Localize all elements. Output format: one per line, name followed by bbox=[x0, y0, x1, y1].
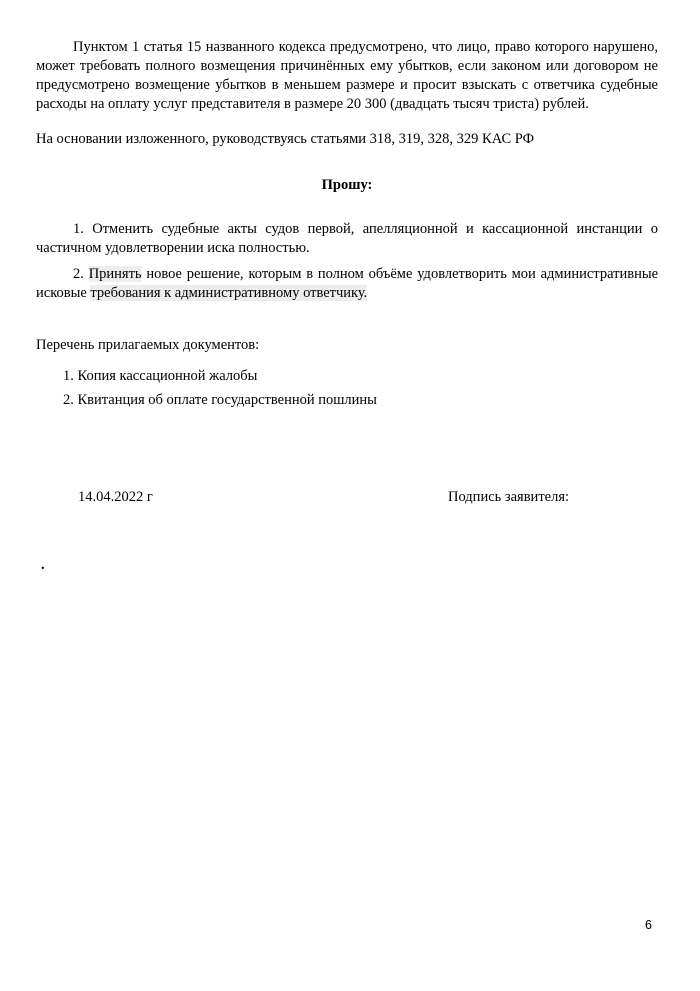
page-number: 6 bbox=[645, 917, 652, 933]
attachments-heading: Перечень прилагаемых документов: bbox=[36, 336, 658, 355]
document-date: 14.04.2022 г bbox=[78, 488, 153, 507]
signature-label: Подпись заявителя: bbox=[448, 488, 569, 507]
attachment-item-1: 1. Копия кассационной жалобы bbox=[36, 367, 658, 386]
request-item-2-highlighted-word: Принять bbox=[89, 266, 142, 282]
paragraph-legal-grounds: На основании изложенного, руководствуясь… bbox=[36, 130, 658, 149]
date-signature-row: 14.04.2022 г Подпись заявителя: bbox=[36, 488, 658, 507]
paragraph-law-basis: Пунктом 1 статья 15 названного кодекса п… bbox=[36, 38, 658, 114]
request-item-1: 1. Отменить судебные акты судов первой, … bbox=[36, 220, 658, 258]
request-item-2: 2. Принять новое решение, которым в полн… bbox=[36, 265, 658, 303]
request-item-2-prefix: 2. bbox=[73, 266, 89, 282]
document-page: Пунктом 1 статья 15 названного кодекса п… bbox=[0, 0, 700, 991]
stray-period-mark: . bbox=[41, 556, 45, 575]
request-item-2-highlighted-phrase: требования к административному ответчику… bbox=[90, 285, 367, 301]
attachment-item-2: 2. Квитанция об оплате государственной п… bbox=[36, 391, 658, 410]
request-heading: Прошу: bbox=[36, 176, 658, 195]
document-content: Пунктом 1 статья 15 названного кодекса п… bbox=[36, 30, 658, 507]
